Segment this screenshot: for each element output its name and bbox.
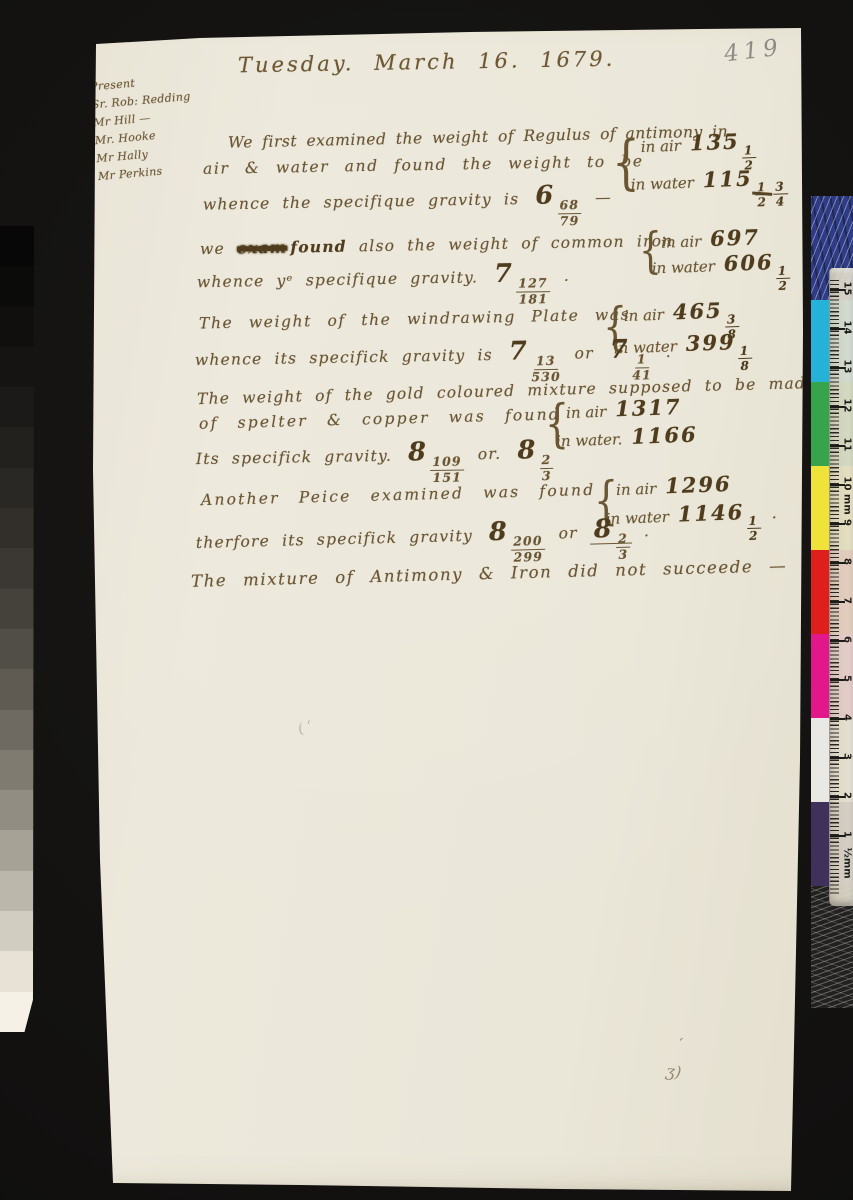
gray-step [0, 266, 34, 306]
ruler-number: 6 [842, 633, 853, 647]
ruler-number: 14 [842, 321, 853, 335]
gray-step [0, 871, 34, 911]
gray-step [0, 710, 34, 750]
air-label: in air [640, 137, 681, 156]
manuscript-page: 419 Tuesday. March 16. 1679. Present Sr.… [0, 0, 853, 1200]
attendance-margin-note: Present Sr. Rob: Redding Mr Hill — Mr. H… [89, 70, 197, 186]
entry3-line1: The weight of the windrawing Plate was [199, 306, 631, 333]
gray-step [0, 911, 34, 951]
date-heading: Tuesday. March 16. 1679. [238, 47, 616, 78]
crossed-out-word: exam [237, 238, 288, 258]
gravity-whole: 6 [535, 180, 555, 210]
ruler-number: 9 [842, 516, 853, 530]
entry2-line1: we examfound also the weight of common i… [200, 232, 674, 259]
ruler-number: 8 [842, 555, 853, 569]
gray-step [0, 226, 34, 266]
ruler-number: 3 [842, 750, 853, 764]
gray-step [0, 830, 34, 870]
water-value: 1151234 [702, 164, 790, 210]
entry1-water-measurement: in water 1151234 [630, 164, 790, 213]
entry2-gravity-line: whence yᵉ specifique gravity. 7127181 . [197, 259, 571, 312]
gray-step [0, 951, 34, 991]
ruler-number: 12 [842, 399, 853, 413]
faint-pencil-mark: ( ʻ [296, 718, 315, 738]
entry4-air-measurement: in air 1317 [566, 394, 682, 423]
ink-mark: ʒ) [665, 1061, 683, 1082]
entry4-line2: of spelter & copper was found [199, 406, 561, 433]
ruler-number: 15 [842, 282, 853, 296]
gray-step [0, 468, 34, 508]
ruler-number: 2 [842, 789, 853, 803]
gray-step [0, 669, 34, 709]
ruler-number: 4 [842, 711, 853, 725]
gray-step [0, 589, 34, 629]
entry1-gravity-line: whence the specifique gravity is 66879 — [203, 180, 613, 233]
ruler-number: 10 mm [842, 477, 853, 491]
entry1-line2: air & water and found the weight to be [203, 153, 644, 178]
gray-step [0, 790, 34, 830]
entry2-water-measurement: in water 60612 [651, 249, 793, 297]
dash: — [595, 188, 612, 206]
entry4-water-measurement: in water. 1166 [556, 422, 698, 452]
ruler: 151413121110 mm987654321½mm [829, 268, 853, 906]
page-number: 419 [723, 35, 785, 68]
ruler-number: 1 [842, 828, 853, 842]
gray-step [0, 427, 34, 467]
water-label: in water [631, 174, 695, 194]
gray-step [0, 347, 34, 387]
gray-step [0, 307, 34, 347]
gray-step [0, 629, 34, 669]
entry4-gravity-line: Its specifick gravity. 8109151 or. 823 [196, 436, 556, 488]
ruler-number: 13 [842, 360, 853, 374]
gray-step [0, 548, 34, 588]
entry2-air-measurement: in air 697 [661, 224, 761, 252]
corrected-word: found [290, 237, 347, 257]
archival-photograph: 419 Tuesday. March 16. 1679. Present Sr.… [0, 0, 853, 1200]
gray-step [0, 750, 34, 790]
ruler-number: 11 [842, 438, 853, 452]
gray-step [0, 387, 34, 427]
gray-step [0, 508, 34, 548]
underlined-value: 823 [590, 523, 632, 545]
entry5-air-measurement: in air 1296 [616, 471, 732, 500]
grayscale-calibration-wedge [0, 226, 34, 1032]
ruler-number: 5 [842, 672, 853, 686]
ruler-number: ½mm [842, 848, 853, 862]
ink-mark: ʻ [676, 1036, 683, 1052]
gravity-lead: whence the specifique gravity is [203, 190, 520, 214]
ruler-numbers: 151413121110 mm987654321½mm [830, 268, 853, 906]
gray-step [0, 992, 34, 1032]
ruler-number: 7 [842, 594, 853, 608]
